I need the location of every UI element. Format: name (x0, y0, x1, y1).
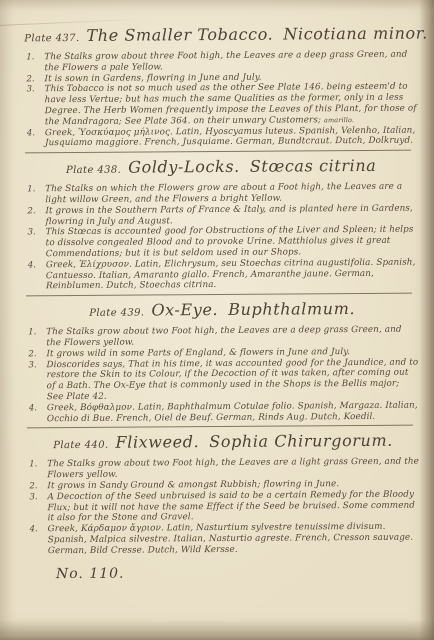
item-number: 1. (24, 52, 44, 63)
plate-number: Plate 438. (66, 165, 121, 176)
section-title-latin: Sophia Chirurgorum. (209, 431, 393, 451)
plate-number: Plate 440. (53, 440, 108, 451)
entry-list: 1. The Stalks grow about three Foot high… (24, 50, 417, 150)
entry-list: 1. The Stalks grow about two Foot high, … (27, 457, 420, 557)
list-item: 4. Greek, Ἐλίχρυσον. Latin, Elichrysum, … (26, 257, 418, 292)
list-item: 1. The Stalks grow about two Foot high, … (27, 457, 419, 481)
item-number: 3. (26, 360, 46, 371)
plant-entry-plate-437: Plate 437.The Smaller Tobacco.Nicotiana … (24, 24, 417, 150)
item-text: Greek, Βόφθαλμον. Latin, Baphthalmum Cot… (47, 400, 419, 424)
list-item: 3. This Tobacco is not so much used as t… (25, 82, 417, 128)
plant-entry-plate-439: Plate 439.Ox-Eye.Buphthalmum. 1. The Sta… (26, 299, 419, 425)
item-text: The Stalks on which the Flowers grow are… (45, 182, 417, 206)
item-number: 3. (26, 228, 46, 239)
item-text: Greek, Ἐλίχρυσον. Latin, Elichrysum, seu… (46, 257, 418, 292)
page-content: Plate 437.The Smaller Tobacco.Nicotiana … (0, 0, 434, 583)
plant-entry-plate-440: Plate 440.Flixweed.Sophia Chirurgorum. 1… (27, 431, 420, 557)
item-number: 2. (27, 481, 47, 492)
entry-list: 1. The Stalks on which the Flowers grow … (25, 182, 418, 293)
section-divider (26, 293, 412, 297)
item-number: 3. (25, 85, 45, 96)
list-item: 1. The Stalks grow about two Foot high, … (26, 325, 418, 349)
item-text: Dioscorides says, That in his time, it w… (46, 357, 418, 403)
book-page: Plate 437.The Smaller Tobacco.Nicotiana … (0, 0, 434, 640)
section-title-english: Goldy-Locks. (128, 157, 240, 177)
section-title-latin: Stœcas citrina (250, 156, 377, 176)
plant-entry-plate-438: Plate 438.Goldy-Locks.Stœcas citrina 1. … (25, 156, 418, 293)
item-number: 2. (26, 349, 46, 360)
list-item: 4. Greek, Ὑοσκύαμος μήλινος. Latin, Hyos… (25, 125, 417, 149)
section-heading: Plate 438.Goldy-Locks.Stœcas citrina (25, 156, 417, 182)
item-number: 2. (24, 74, 44, 85)
item-text: The Stalks grow about two Foot high, the… (47, 457, 419, 481)
section-title-english: Flixweed. (115, 432, 199, 452)
list-item: 1. The Stalks grow about three Foot high… (24, 50, 416, 74)
item-text: A Decoction of the Seed unbruised is sai… (47, 489, 419, 524)
list-item: 3. Dioscorides says, That in his time, i… (26, 357, 418, 403)
item-number: 4. (25, 128, 45, 139)
section-divider (25, 150, 411, 154)
item-text-body: This Tobacco is not so much used as the … (45, 82, 417, 127)
margin-note: amarillo. (324, 116, 354, 124)
section-divider (27, 425, 413, 429)
list-item: 2. It grows in the Southern Parts of Fra… (25, 203, 417, 227)
list-item: 4. Greek, Κάρδαμον ἄγριον. Latin, Nastur… (28, 522, 420, 557)
plate-number: Plate 439. (89, 308, 144, 319)
item-number: 1. (26, 327, 46, 338)
item-number: 4. (27, 403, 47, 414)
section-title-english: Ox-Eye. (151, 300, 218, 319)
section-title-english: The Smaller Tobacco. (86, 25, 273, 45)
entry-list: 1. The Stalks grow about two Foot high, … (26, 325, 419, 425)
list-item: 1. The Stalks on which the Flowers grow … (25, 182, 417, 206)
item-text: This Stœcas is accounted good for Obstru… (46, 225, 418, 260)
list-item: 4. Greek, Βόφθαλμον. Latin, Baphthalmum … (27, 400, 419, 424)
section-heading: Plate 437.The Smaller Tobacco.Nicotiana … (24, 24, 416, 50)
section-heading: Plate 439.Ox-Eye.Buphthalmum. (26, 299, 418, 325)
list-item: 3. A Decoction of the Seed unbruised is … (27, 489, 419, 524)
item-number: 4. (26, 260, 46, 271)
section-title-latin: Nicotiana minor. (283, 24, 428, 44)
item-number: 1. (25, 184, 45, 195)
page-number: No. 110. (56, 564, 420, 583)
item-text: Greek, Κάρδαμον ἄγριον. Latin, Nasturtiu… (48, 522, 420, 557)
item-text: Greek, Ὑοσκύαμος μήλινος. Latin, Hyoscya… (45, 125, 417, 149)
section-heading: Plate 440.Flixweed.Sophia Chirurgorum. (27, 431, 419, 457)
item-number: 4. (28, 524, 48, 535)
section-title-latin: Buphthalmum. (228, 299, 355, 319)
list-item: 3. This Stœcas is accounted good for Obs… (26, 225, 418, 260)
item-number: 3. (27, 492, 47, 503)
item-text: The Stalks grow about two Foot high, the… (46, 325, 418, 349)
item-number: 1. (27, 460, 47, 471)
item-text: The Stalks grow about three Foot high, t… (44, 50, 416, 74)
item-number: 2. (25, 206, 45, 217)
plate-number: Plate 437. (24, 33, 79, 44)
item-text: It grows in the Southern Parts of France… (45, 203, 417, 227)
item-text: This Tobacco is not so much used as the … (45, 82, 417, 128)
